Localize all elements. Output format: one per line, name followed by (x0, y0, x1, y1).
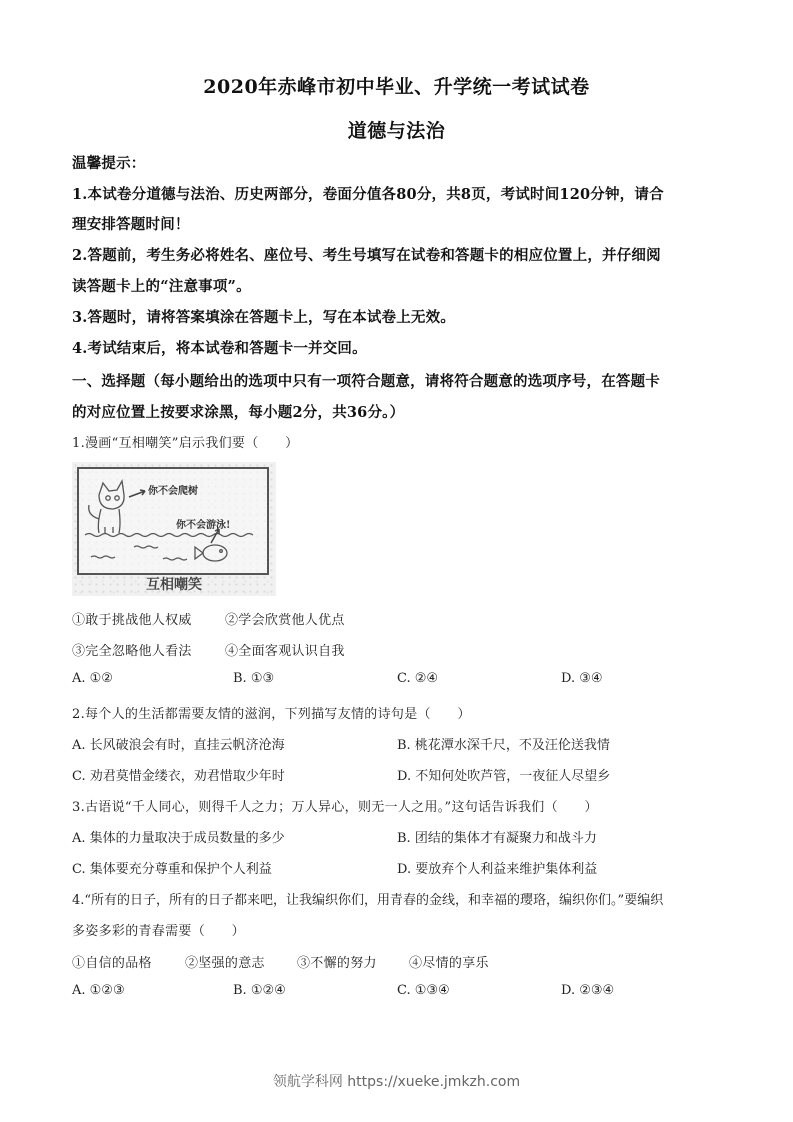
question-2-option-d: D. 不知何处吹芦管，一夜征人尽望乡 (397, 765, 610, 784)
cat-icon (89, 481, 124, 533)
cartoon-caption: 互相嘲笑 (72, 574, 276, 594)
question-4-option-b: B. ①②④ (233, 983, 286, 998)
notice-item-4: 4.考试结束后，将本试卷和答题卡一并交回。 (72, 337, 367, 358)
cat-speech-text: 你不会爬树 (148, 482, 198, 497)
statement-1: ①自信的品格 (72, 952, 152, 971)
section-heading-line2: 的对应位置上按要求涂黑，每小题2分，共36分。） (72, 401, 404, 422)
statement-3: ③不懈的努力 (297, 952, 377, 971)
question-2-stem: 2.每个人的生活都需要友情的滋润，下列描写友情的诗句是（ ） (72, 703, 471, 722)
question-2-option-a: A. 长风破浪会有时，直挂云帆济沧海 (72, 734, 285, 753)
exam-subject: 道德与法治 (0, 116, 793, 143)
statement-4: ④尽情的享乐 (409, 952, 489, 971)
statement-3: ③完全忽略他人看法 (72, 640, 192, 659)
question-2-option-b: B. 桃花潭水深千尺，不及汪伦送我情 (397, 734, 610, 753)
question-4-option-d: D. ②③④ (561, 983, 614, 998)
question-1-option-d: D. ③④ (561, 671, 603, 686)
question-4-stem-line1: 4.“所有的日子，所有的日子都来吧，让我编织你们，用青春的金线，和幸福的璎珞，编… (72, 889, 663, 908)
fish-icon (195, 545, 227, 561)
question-4-stem-line2: 多姿多彩的青春需要（ ） (72, 920, 245, 939)
statement-2: ②学会欣赏他人优点 (225, 609, 345, 628)
exam-title: 2020年赤峰市初中毕业、升学统一考试试卷 (0, 72, 793, 99)
notice-item-1-line2: 理安排答题时间！ (72, 213, 190, 234)
question-1-option-b: B. ①③ (233, 671, 274, 686)
footer-watermark: 领航学科网 https://xueke.jmkzh.com (0, 1071, 793, 1091)
question-3-option-b: B. 团结的集体才有凝聚力和战斗力 (397, 827, 597, 846)
notice-item-2-line1: 2.答题前，考生务必将姓名、座位号、考生号填写在试卷和答题卡的相应位置上，并仔细… (72, 244, 661, 265)
fish-speech-text: 你不会游泳! (176, 516, 230, 531)
statement-4: ④全面客观认识自我 (225, 640, 345, 659)
statement-2: ②坚强的意志 (185, 952, 265, 971)
question-3-stem: 3.古语说“千人同心，则得千人之力；万人异心，则无一人之用。”这句话告诉我们（ … (72, 796, 598, 815)
section-heading-line1: 一、选择题（每小题给出的选项中只有一项符合题意，请将符合题意的选项序号，在答题卡 (72, 370, 660, 391)
question-4-option-c: C. ①③④ (397, 983, 450, 998)
question-3-option-d: D. 要放弃个人利益来维护集体利益 (397, 858, 597, 877)
notice-item-2-line2: 读答题卡上的“注意事项”。 (72, 275, 251, 296)
notice-item-3: 3.答题时，请将答案填涂在答题卡上，写在本试卷上无效。 (72, 306, 455, 327)
question-3-option-a: A. 集体的力量取决于成员数量的多少 (72, 827, 285, 846)
question-1-option-a: A. ①② (72, 671, 113, 686)
question-3-option-c: C. 集体要充分尊重和保护个人利益 (72, 858, 272, 877)
water-waves (85, 534, 253, 537)
question-1-option-c: C. ②④ (397, 671, 438, 686)
question-4-option-a: A. ①②③ (72, 983, 125, 998)
notice-heading: 温馨提示： (72, 152, 146, 173)
statement-1: ①敢于挑战他人权威 (72, 609, 192, 628)
cartoon-image: 你不会爬树 你不会游泳! 互相嘲笑 (72, 462, 276, 596)
notice-item-1-line1: 1.本试卷分道德与法治、历史两部分，卷面分值各80分，共8页，考试时间120分钟… (72, 183, 664, 204)
question-1-stem: 1.漫画“互相嘲笑”启示我们要（ ） (72, 432, 298, 451)
question-2-option-c: C. 劝君莫惜金缕衣，劝君惜取少年时 (72, 765, 285, 784)
